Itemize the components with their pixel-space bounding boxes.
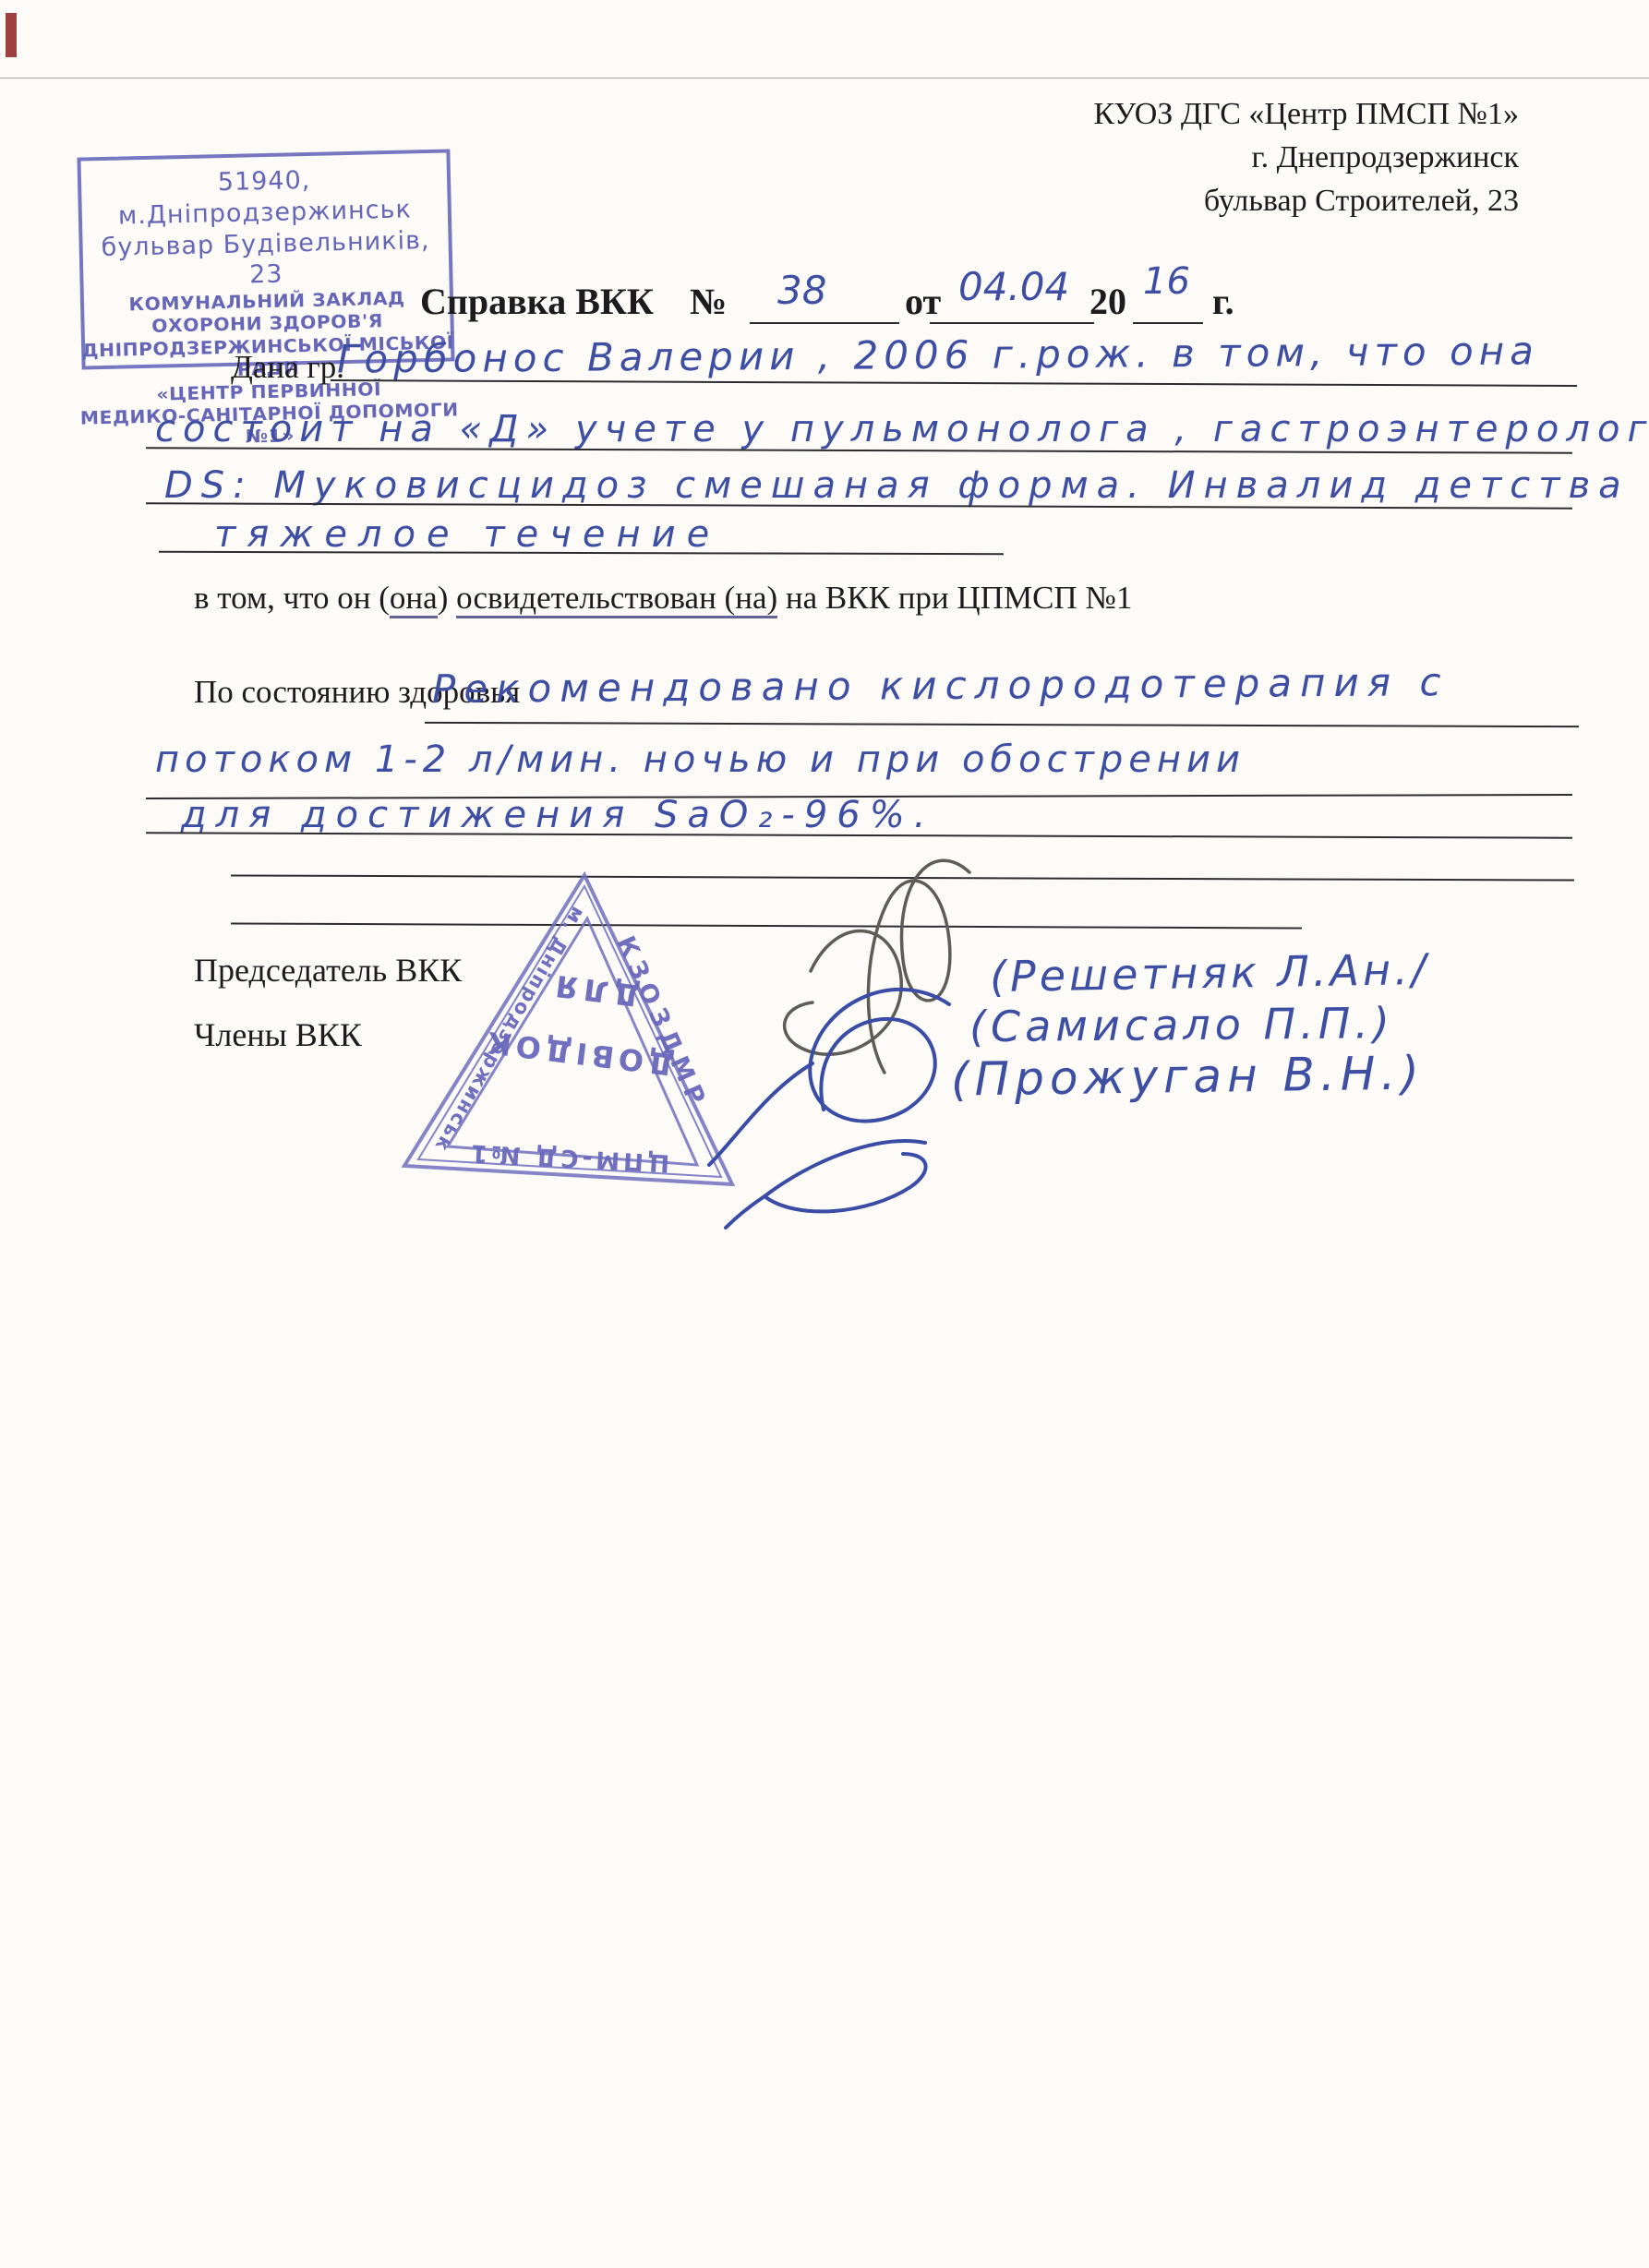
recommendation-value-2: потоком 1-2 л/мин. ночью и при обострени… — [155, 738, 1246, 781]
member-signature-1 — [709, 990, 949, 1165]
attest-part1: в том, что он ( — [194, 580, 390, 616]
patient-name-value: Горбонос Валерии , 2006 г.рож. в том, чт… — [337, 328, 1539, 381]
certificate-year-value: 16 — [1143, 260, 1190, 303]
attest-examined-underlined: освидетельствован (на) — [456, 580, 777, 618]
certificate-title: Справка ВКК — [420, 280, 654, 323]
scan-red-edge-mark — [6, 13, 17, 57]
triangle-stamp-center-line2: ДОВІДОК — [481, 1024, 677, 1082]
scan-page-top-edge — [0, 78, 1649, 78]
member-name-1: (Решетняк Л.Ан./ — [990, 943, 1430, 1002]
certificate-date-value: 04.04 — [958, 264, 1069, 309]
members-label: Члены ВКК — [194, 1015, 362, 1054]
diagnosis-value: DS: Муковисцидоз смешаная форма. Инвалид… — [164, 464, 1630, 507]
diagnosis-severity-value: тяжелое течение — [214, 513, 720, 556]
clinic-address: бульвар Строителей, 23 — [1093, 179, 1519, 222]
year-century: 20 — [1089, 280, 1126, 323]
stamp-street: бульвар Будівельників, 23 — [82, 224, 449, 294]
from-label: от — [905, 280, 941, 323]
clinic-header: КУОЗ ДГС «Центр ПМСП №1» г. Днепродзержи… — [1093, 92, 1519, 222]
certificate-number-value: 38 — [777, 268, 826, 313]
year-suffix: г. — [1212, 280, 1234, 323]
scanned-certificate-page: КУОЗ ДГС «Центр ПМСП №1» г. Днепродзержи… — [0, 0, 1649, 2268]
year-blank-line — [1133, 322, 1203, 324]
recommendation-value-1: Рекомендовано кислородотерапия с — [432, 659, 1450, 712]
date-blank-line — [930, 322, 1094, 324]
dispensary-record-value: состоит на «Д» учете у пульмонолога , га… — [155, 408, 1649, 450]
recommendation-blank-line-1 — [425, 722, 1579, 727]
number-sign: № — [690, 280, 727, 323]
issued-to-label: Дана гр. — [231, 349, 344, 386]
member-name-2: (Самисало П.П.) — [969, 997, 1430, 1052]
clinic-name: КУОЗ ДГС «Центр ПМСП №1» — [1093, 92, 1519, 136]
issued-to-blank-line — [331, 379, 1577, 387]
clinic-city: г. Днепродзержинск — [1093, 136, 1519, 179]
attestation-line: в том, что он (она) освидетельствован (н… — [194, 580, 1132, 617]
attest-part5: на ВКК при ЦПМСП №1 — [777, 580, 1132, 616]
chairman-signature — [785, 860, 969, 1073]
number-blank-line — [750, 322, 899, 324]
member-signature-2 — [726, 1141, 926, 1228]
stamp-postcode-city: 51940, м.Дніпродзержинськ — [81, 162, 448, 233]
triangle-stamp-and-signatures: КЗОЗДМР м. Дніпродзержинськ ЦПМ-СД №1 ДЛ… — [379, 831, 1025, 1255]
attest-she-underlined: она — [390, 580, 438, 618]
attest-part3: ) — [438, 580, 456, 616]
